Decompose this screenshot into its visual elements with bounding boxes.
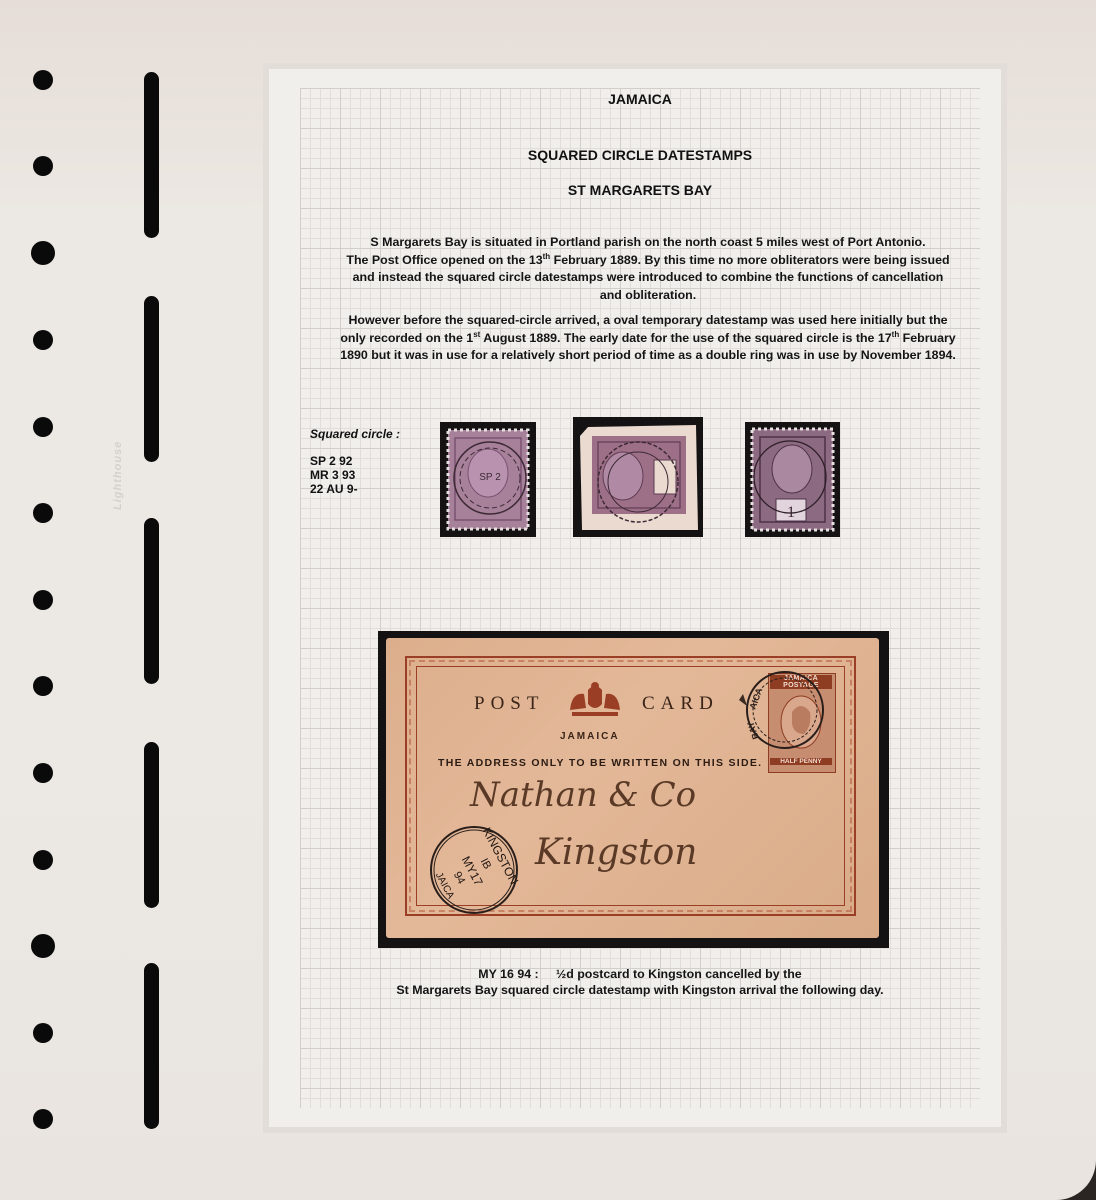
- binder-hole: [33, 417, 53, 437]
- binder-hole: [31, 934, 55, 958]
- binder-hole: [31, 241, 55, 265]
- binder-hole: [33, 850, 53, 870]
- handwritten-address-line1: Nathan & Co: [470, 775, 696, 815]
- stamp-3-victoria-1d[interactable]: 1: [750, 427, 835, 532]
- svg-text:94: 94: [451, 870, 467, 886]
- text-line: However before the squared-circle arrive…: [318, 312, 978, 330]
- stamp-date: 22 AU 9-: [310, 482, 358, 496]
- binder-slot: [144, 518, 159, 684]
- binder-hole: [33, 156, 53, 176]
- stamp-date: SP 2 92: [310, 454, 358, 468]
- caption-line: St Margarets Bay squared circle datestam…: [370, 982, 910, 998]
- text-line: only recorded on the 1st August 1889. Th…: [318, 330, 978, 348]
- text-line: and obliteration.: [318, 287, 978, 305]
- binder-hole: [33, 676, 53, 696]
- caption-line: MY 16 94 : ½d postcard to Kingston cance…: [370, 966, 910, 982]
- history-paragraph: However before the squared-circle arrive…: [318, 312, 978, 365]
- squared-circle-label: Squared circle :: [310, 427, 400, 441]
- postcard-heading-post: POST: [474, 693, 544, 715]
- text-line: The Post Office opened on the 13th Febru…: [318, 252, 978, 270]
- binder-hole: [33, 330, 53, 350]
- postcard-caption: MY 16 94 : ½d postcard to Kingston cance…: [370, 966, 910, 998]
- binder-hole: [33, 503, 53, 523]
- binder-hole: [33, 590, 53, 610]
- binder-slot: [144, 72, 159, 238]
- sheet-watermark: Lighthouse: [112, 441, 124, 510]
- binder-hole: [33, 1023, 53, 1043]
- text-line: S Margarets Bay is situated in Portland …: [318, 234, 978, 252]
- kingston-arrival-postmark: KINGSTON IB MY17 94 JAICA: [428, 822, 524, 918]
- svg-text:BAY: BAY: [745, 720, 761, 741]
- binder-hole: [33, 1109, 53, 1129]
- postcard-heading-card: CARD: [642, 693, 719, 715]
- page-subtitle: SQUARED CIRCLE DATESTAMPS: [300, 147, 980, 163]
- stamp-dates-list: SP 2 92 MR 3 93 22 AU 9-: [310, 454, 358, 496]
- coat-of-arms-icon: [566, 680, 624, 720]
- binder-slot: [144, 963, 159, 1129]
- stamp-2-on-piece[interactable]: [578, 422, 698, 532]
- text-line: and instead the squared circle datestamp…: [318, 269, 978, 287]
- page-title: JAMAICA: [300, 91, 980, 107]
- binder-slot: [144, 742, 159, 908]
- postcard-country: JAMAICA: [560, 731, 620, 742]
- svg-text:SP 2: SP 2: [479, 472, 501, 483]
- intro-paragraph: S Margarets Bay is situated in Portland …: [318, 234, 978, 304]
- postcard-address-note: THE ADDRESS ONLY TO BE WRITTEN ON THIS S…: [438, 757, 762, 769]
- text-line: 1890 but it was in use for a relatively …: [318, 347, 978, 365]
- binder-hole: [33, 70, 53, 90]
- squared-circle-postmark: AICA BAY: [735, 660, 835, 760]
- svg-text:AICA: AICA: [747, 686, 764, 711]
- handwritten-address-line2: Kingston: [535, 832, 697, 873]
- stamp-date: MR 3 93: [310, 468, 358, 482]
- binder-slot: [144, 296, 159, 462]
- stamp-1-victoria-1d[interactable]: SP 2: [446, 428, 530, 531]
- binder-hole: [33, 763, 53, 783]
- location-heading: ST MARGARETS BAY: [300, 182, 980, 198]
